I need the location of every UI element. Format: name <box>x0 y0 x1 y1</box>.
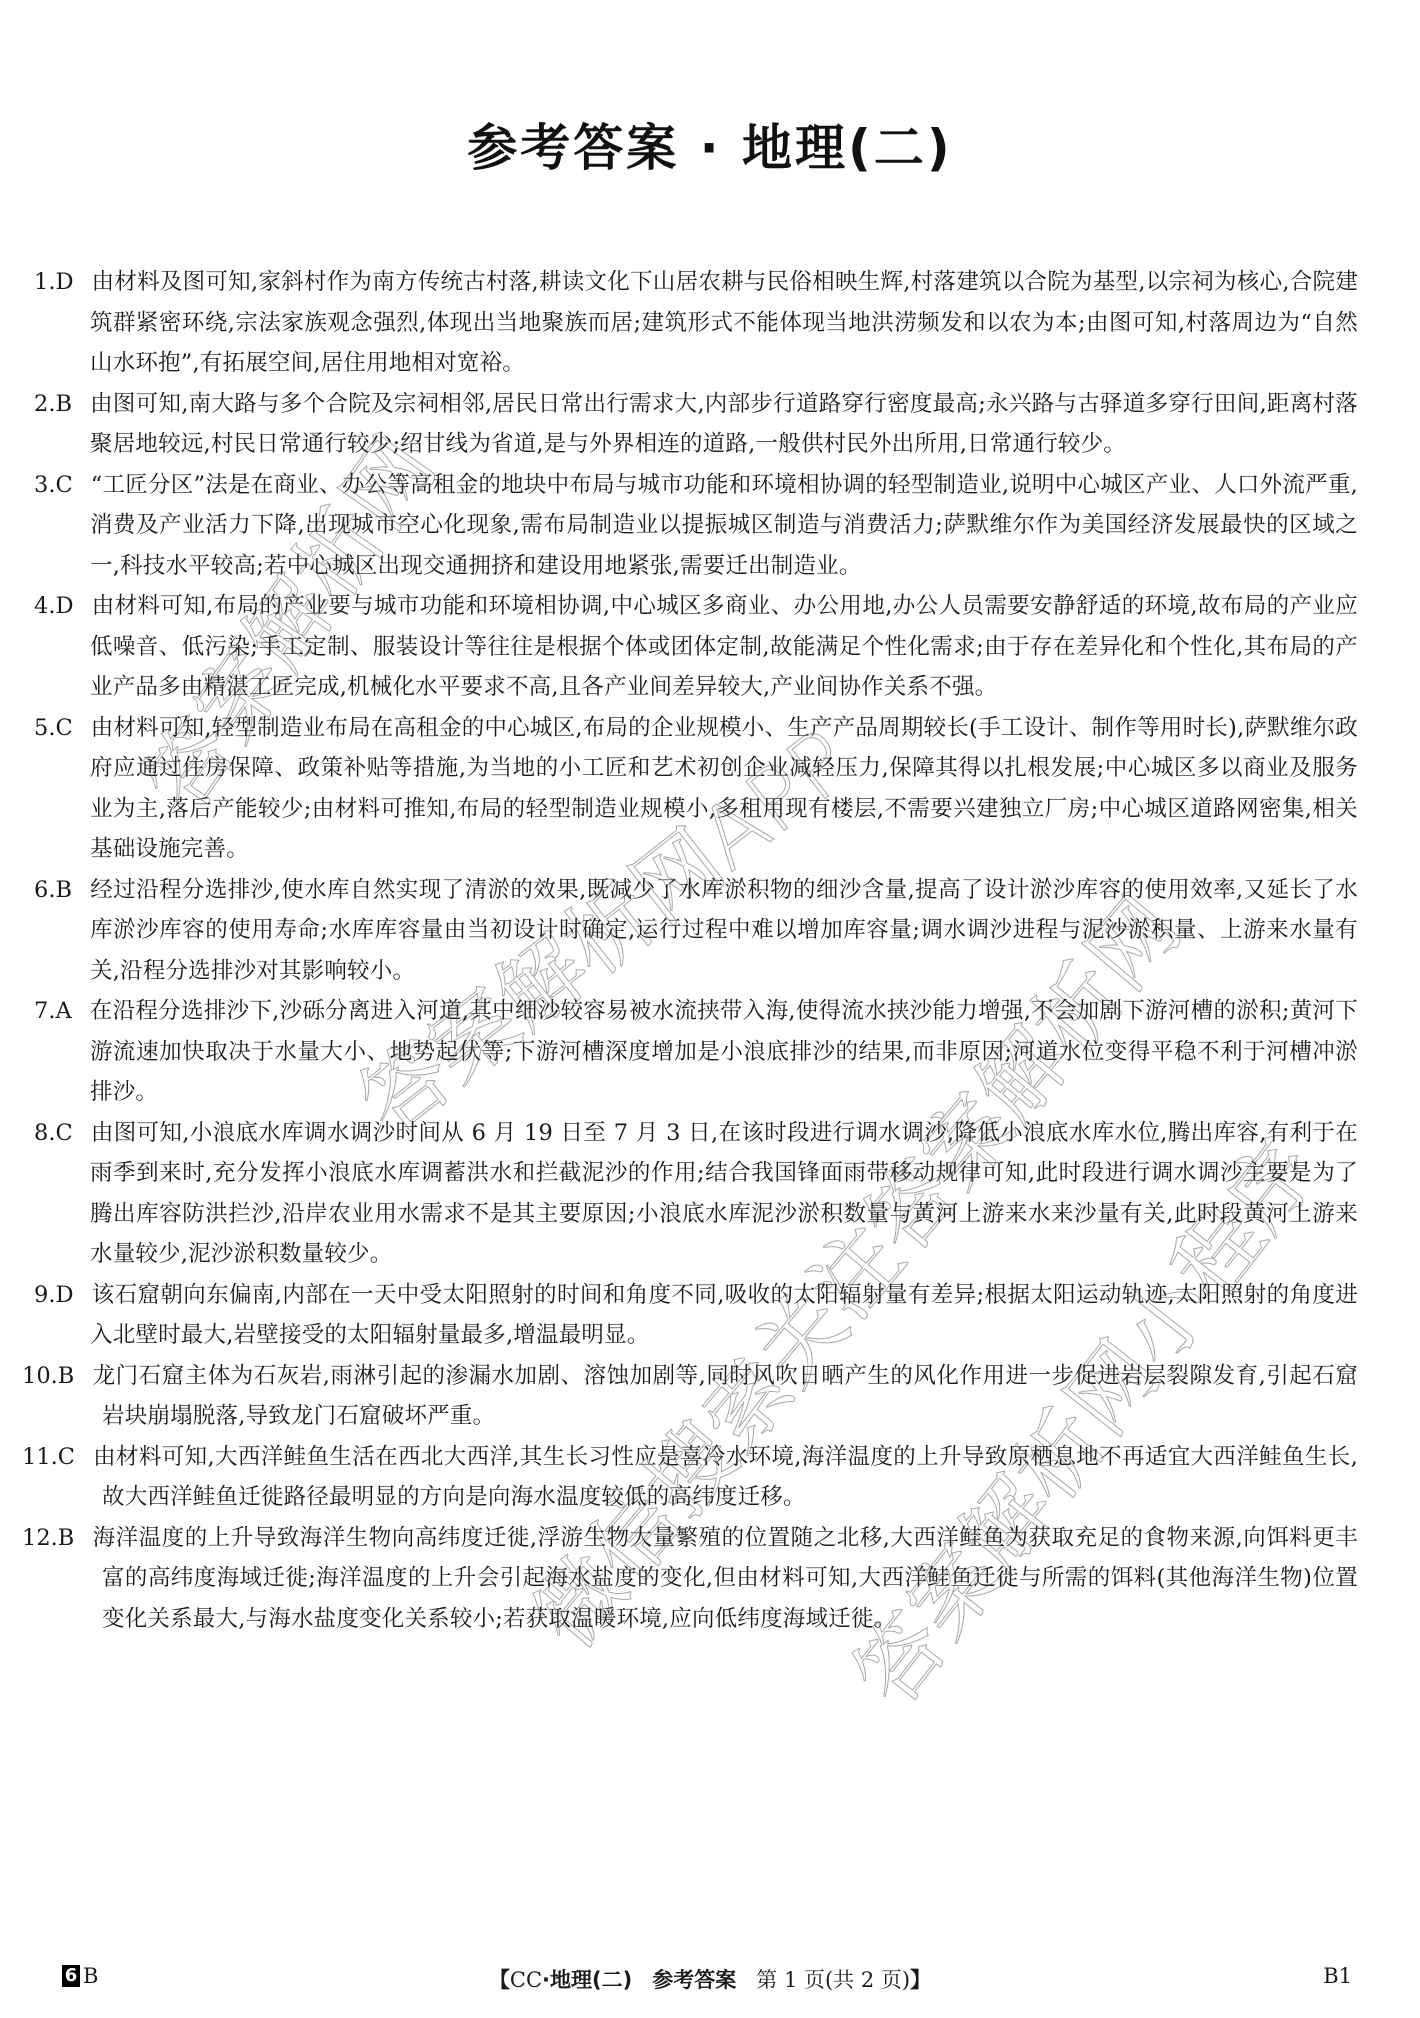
answer-item: 7.A在沿程分选排沙下,沙砾分离进入河道,其中细沙较容易被水流挟带入海,使得流水… <box>62 991 1358 1113</box>
answer-number: 10.B <box>62 1356 74 1397</box>
footer-code-right: B1 <box>1323 1964 1352 1988</box>
answer-text: 由材料可知,轻型制造业布局在高租金的中心城区,布局的企业规模小、生产产品周期较长… <box>90 715 1358 863</box>
answer-number: 2.B <box>62 384 72 425</box>
footer-page-number: 第 1 页(共 2 页) <box>756 1968 910 1992</box>
answer-number: 4.D <box>62 586 74 627</box>
answer-text: “工匠分区”法是在商业、办公等高租金的地块中布局与城市功能和环境相协调的轻型制造… <box>90 472 1358 579</box>
answer-item: 5.C由材料可知,轻型制造业布局在高租金的中心城区,布局的企业规模小、生产产品周… <box>62 708 1358 870</box>
answer-text: 龙门石窟主体为石灰岩,雨淋引起的渗漏水加剧、溶蚀加剧等,同时风吹日晒产生的风化作… <box>92 1363 1358 1430</box>
answer-item: 9.D该石窟朝向东偏南,内部在一天中受太阳照射的时间和角度不同,吸收的太阳辐射量… <box>62 1275 1358 1356</box>
answer-number: 11.C <box>62 1437 75 1478</box>
footer-code: CC <box>510 1968 542 1992</box>
page-title: 参考答案 · 地理(二) <box>0 108 1420 180</box>
answer-text: 由图可知,小浪底水库调水调沙时间从 6 月 19 日至 7 月 3 日,在该时段… <box>90 1120 1358 1268</box>
answer-item: 1.D由材料及图可知,家斜村作为南方传统古村落,耕读文化下山居农耕与民俗相映生辉… <box>62 262 1358 384</box>
answer-number: 6.B <box>62 870 72 911</box>
answer-number: 7.A <box>62 991 72 1032</box>
answer-text: 经过沿程分选排沙,使水库自然实现了清淤的效果,既减少了水库淤积物的细沙含量,提高… <box>90 877 1358 984</box>
page-footer: 6 B 【CC·地理(二) 参考答案 第 1 页(共 2 页)】 B1 <box>0 1964 1420 1996</box>
footer-center: 【CC·地理(二) 参考答案 第 1 页(共 2 页)】 <box>0 1964 1420 1994</box>
footer-dot: · <box>542 1968 550 1992</box>
answer-item: 11.C由材料可知,大西洋鲑鱼生活在西北大西洋,其生长习性应是喜冷水环境,海洋温… <box>62 1437 1358 1518</box>
answer-number: 3.C <box>62 465 73 506</box>
footer-bracket-open: 【 <box>489 1968 510 1992</box>
answer-number: 1.D <box>62 262 74 303</box>
answer-item: 6.B经过沿程分选排沙,使水库自然实现了清淤的效果,既减少了水库淤积物的细沙含量… <box>62 870 1358 992</box>
answer-item: 12.B海洋温度的上升导致海洋生物向高纬度迁徙,浮游生物大量繁殖的位置随之北移,… <box>62 1518 1358 1640</box>
answer-number: 8.C <box>62 1113 73 1154</box>
answer-text: 该石窟朝向东偏南,内部在一天中受太阳照射的时间和角度不同,吸收的太阳辐射量有差异… <box>90 1282 1358 1349</box>
answer-item: 4.D由材料可知,布局的产业要与城市功能和环境相协调,中心城区多商业、办公用地,… <box>62 586 1358 708</box>
footer-label: 参考答案 <box>652 1968 736 1992</box>
answer-text: 在沿程分选排沙下,沙砾分离进入河道,其中细沙较容易被水流挟带入海,使得流水挟沙能… <box>90 998 1358 1105</box>
answer-item: 10.B龙门石窟主体为石灰岩,雨淋引起的渗漏水加剧、溶蚀加剧等,同时风吹日晒产生… <box>62 1356 1358 1437</box>
footer-bracket-close: 】 <box>910 1968 931 1992</box>
answer-list: 1.D由材料及图可知,家斜村作为南方传统古村落,耕读文化下山居农耕与民俗相映生辉… <box>62 262 1358 1639</box>
answer-text: 由材料及图可知,家斜村作为南方传统古村落,耕读文化下山居农耕与民俗相映生辉,村落… <box>90 269 1358 376</box>
answer-item: 3.C“工匠分区”法是在商业、办公等高租金的地块中布局与城市功能和环境相协调的轻… <box>62 465 1358 587</box>
answer-number: 5.C <box>62 708 73 749</box>
answer-text: 由材料可知,布局的产业要与城市功能和环境相协调,中心城区多商业、办公用地,办公人… <box>90 593 1358 700</box>
answer-item: 2.B由图可知,南大路与多个合院及宗祠相邻,居民日常出行需求大,内部步行道路穿行… <box>62 384 1358 465</box>
answer-item: 8.C由图可知,小浪底水库调水调沙时间从 6 月 19 日至 7 月 3 日,在… <box>62 1113 1358 1275</box>
answer-text: 海洋温度的上升导致海洋生物向高纬度迁徙,浮游生物大量繁殖的位置随之北移,大西洋鲑… <box>92 1525 1358 1632</box>
answer-text: 由材料可知,大西洋鲑鱼生活在西北大西洋,其生长习性应是喜冷水环境,海洋温度的上升… <box>93 1444 1358 1511</box>
answer-number: 9.D <box>62 1275 74 1316</box>
footer-subject: 地理(二) <box>550 1968 632 1992</box>
answer-number: 12.B <box>62 1518 74 1559</box>
answer-text: 由图可知,南大路与多个合院及宗祠相邻,居民日常出行需求大,内部步行道路穿行密度最… <box>90 391 1358 458</box>
